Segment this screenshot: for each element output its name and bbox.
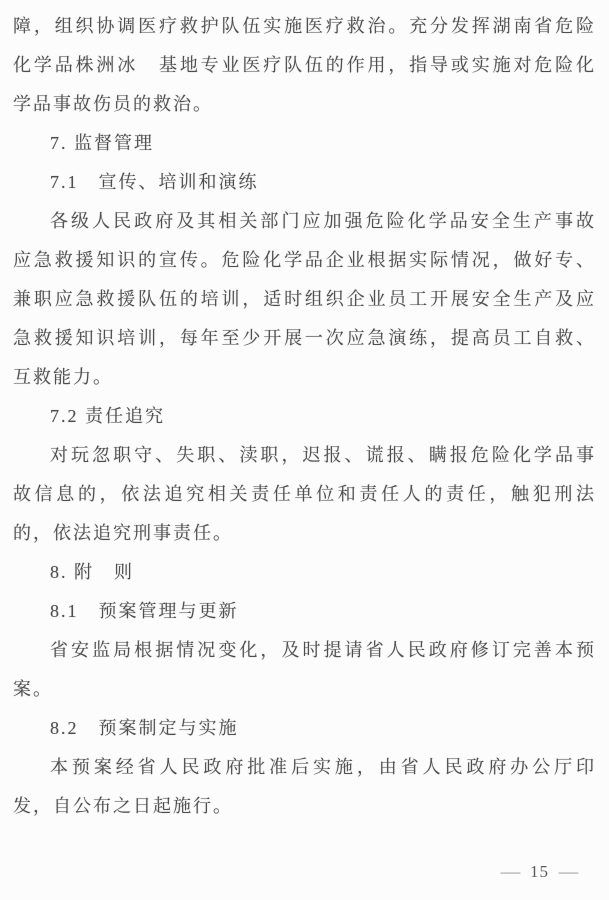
text-line: 的，依法追究刑事责任。 [13,514,596,553]
text-line: 7.1 宣传、培训和演练 [50,163,596,202]
text-line: 8. 附 则 [50,553,596,592]
document-page: 障，组织协调医疗救护队伍实施医疗救治。充分发挥湖南省危险化学品株洲冰 基地专业医… [0,0,609,900]
text-line: 8.2 预案制定与实施 [50,709,596,748]
page-number: — 15 — [502,860,577,884]
text-line: 化学品株洲冰 基地专业医疗队伍的作用，指导或实施对危险化 [13,46,596,85]
text-line: 案。 [13,670,596,709]
text-line: 各级人民政府及其相关部门应加强危险化学品安全生产事故 [50,202,596,241]
text-line: 学品事故伤员的救治。 [13,85,596,124]
text-line: 障，组织协调医疗救护队伍实施医疗救治。充分发挥湖南省危险 [13,7,596,46]
page-number-left-dash: — [501,860,521,884]
text-line: 发，自公布之日起施行。 [13,787,596,826]
text-line: 8.1 预案管理与更新 [50,592,596,631]
page-number-value: 15 [530,860,549,884]
text-line: 故信息的，依法追究相关责任单位和责任人的责任，触犯刑法 [13,475,596,514]
page-number-right-dash: — [559,860,579,884]
text-line: 兼职应急救援队伍的培训，适时组织企业员工开展安全生产及应 [13,280,596,319]
text-line: 省安监局根据情况变化，及时提请省人民政府修订完善本预 [50,631,596,670]
text-line: 互救能力。 [13,358,596,397]
text-line: 对玩忽职守、失职、渎职，迟报、谎报、瞒报危险化学品事 [50,436,596,475]
text-line: 急救援知识培训，每年至少开展一次应急演练，提高员工自救、 [13,319,596,358]
text-line: 7. 监督管理 [50,124,596,163]
text-lines: 障，组织协调医疗救护队伍实施医疗救治。充分发挥湖南省危险化学品株洲冰 基地专业医… [13,7,596,826]
text-line: 7.2 责任追究 [50,397,596,436]
text-line: 本预案经省人民政府批准后实施，由省人民政府办公厅印 [50,748,596,787]
text-line: 应急救援知识的宣传。危险化学品企业根据实际情况，做好专、 [13,241,596,280]
